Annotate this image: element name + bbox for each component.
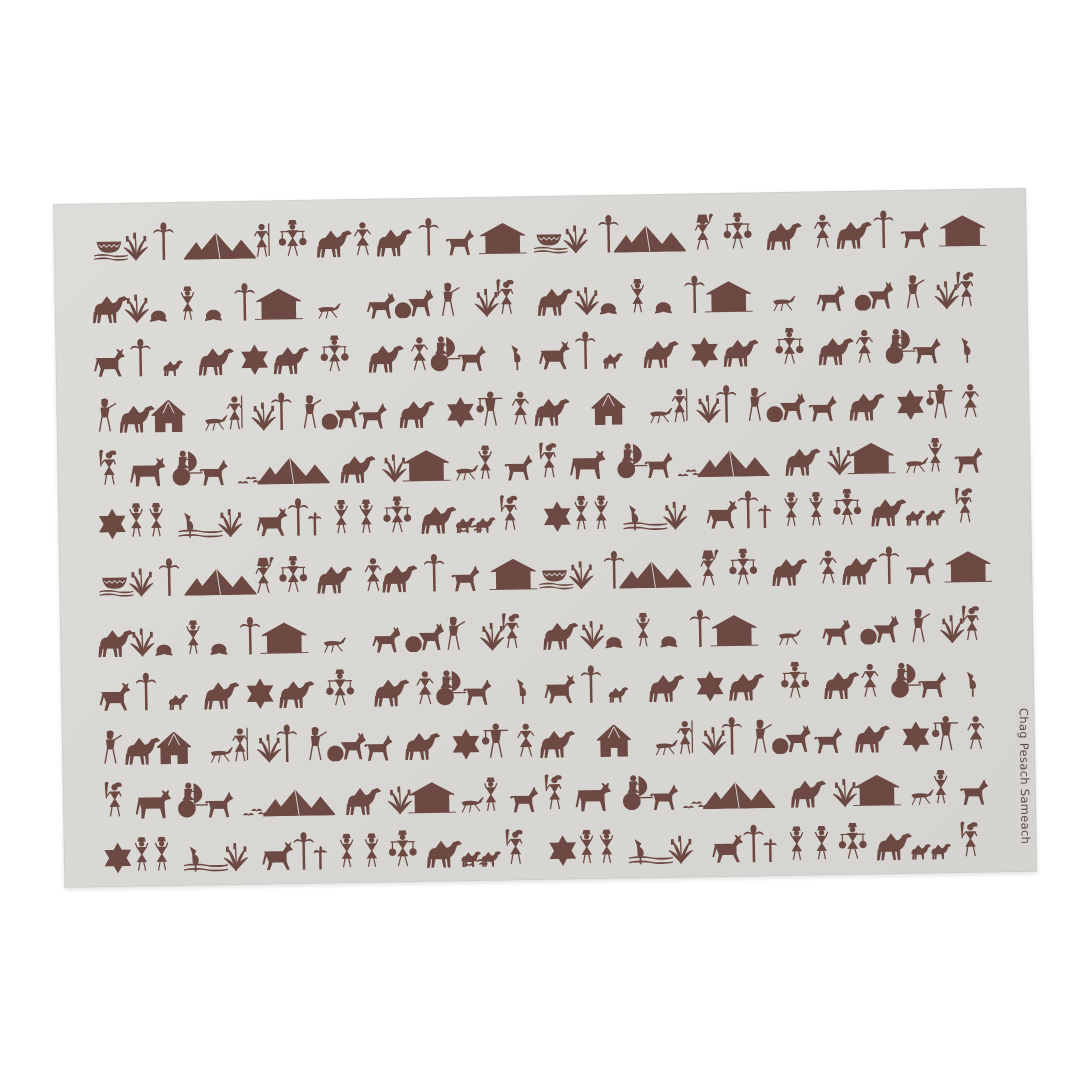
camel-icon bbox=[868, 496, 906, 527]
antelope-icon bbox=[96, 683, 130, 712]
pyramids-icon bbox=[613, 222, 685, 253]
antelope-icon bbox=[253, 508, 287, 537]
water-carrier-icon bbox=[326, 669, 355, 707]
camel-icon bbox=[201, 679, 239, 710]
woman-pot-icon bbox=[788, 826, 805, 862]
man-hook-icon bbox=[953, 487, 974, 525]
frog-icon bbox=[150, 309, 167, 322]
reeds-icon bbox=[125, 294, 149, 322]
palm-icon bbox=[136, 672, 157, 710]
palm-icon bbox=[743, 824, 764, 862]
donkey-cart-icon bbox=[405, 624, 445, 653]
camel-small-icon bbox=[909, 843, 931, 860]
camel-icon bbox=[537, 727, 575, 758]
man-flute-icon bbox=[102, 729, 123, 765]
camel-icon bbox=[270, 344, 308, 375]
woman-pot-icon bbox=[808, 491, 825, 527]
water-carrier-icon bbox=[278, 220, 307, 258]
frog-icon bbox=[210, 642, 227, 655]
woman-pot-icon bbox=[573, 495, 590, 531]
woman-pot-icon bbox=[783, 492, 800, 528]
camel-icon bbox=[720, 336, 758, 367]
woman-pot-icon bbox=[363, 833, 380, 869]
palm-icon bbox=[293, 832, 314, 870]
antelope-icon bbox=[259, 842, 293, 871]
camel-icon bbox=[373, 226, 411, 257]
porter-icon bbox=[932, 715, 961, 751]
passover-card: Chag Pesach Sameach bbox=[53, 188, 1037, 888]
woman-pot-icon bbox=[483, 777, 500, 813]
man-hook-icon bbox=[503, 828, 524, 866]
goat-icon bbox=[455, 346, 485, 371]
woman-pot-icon bbox=[477, 445, 494, 481]
pyramids-icon bbox=[183, 229, 255, 260]
reeds-icon bbox=[224, 843, 248, 871]
locust-icon bbox=[775, 630, 801, 646]
locust-icon bbox=[452, 465, 478, 481]
reeds-icon bbox=[123, 232, 147, 260]
reeds-icon bbox=[663, 502, 687, 530]
reeds-icon bbox=[130, 628, 154, 656]
camel-icon bbox=[195, 345, 233, 376]
camel-icon bbox=[763, 220, 801, 251]
camel-icon bbox=[833, 218, 871, 249]
man-hook-icon bbox=[494, 278, 515, 316]
donkey-cart-icon bbox=[860, 616, 900, 645]
camel-icon bbox=[534, 285, 572, 316]
pharaoh-icon bbox=[254, 556, 275, 594]
palm-icon bbox=[277, 724, 298, 762]
man-hook-icon bbox=[97, 449, 118, 487]
star-icon bbox=[240, 344, 268, 374]
man-hook-icon bbox=[543, 774, 564, 812]
man-staff-icon bbox=[671, 387, 690, 423]
camel-small-icon bbox=[601, 352, 623, 369]
antelope-icon bbox=[709, 835, 743, 864]
camel-icon bbox=[365, 342, 403, 373]
camel-small-icon bbox=[923, 508, 945, 525]
palm-icon bbox=[159, 558, 180, 596]
palm-small-icon bbox=[764, 838, 777, 862]
camel-small-icon bbox=[166, 693, 188, 710]
woman-pot-icon bbox=[338, 833, 355, 869]
woman-pot-icon bbox=[598, 829, 615, 865]
frog-icon bbox=[205, 308, 222, 321]
woman-walking-icon bbox=[517, 722, 536, 758]
antelope-icon bbox=[535, 341, 569, 370]
ox-icon bbox=[133, 790, 171, 819]
man-flute-icon bbox=[904, 274, 925, 310]
man-hook-icon bbox=[537, 442, 558, 480]
goat-icon bbox=[449, 566, 479, 591]
antelope-icon bbox=[90, 349, 124, 378]
palm-icon bbox=[873, 210, 894, 248]
pyramids-icon bbox=[703, 778, 775, 809]
star-icon bbox=[246, 678, 274, 708]
pyramids-icon bbox=[619, 557, 691, 588]
hut-solid-icon bbox=[597, 724, 632, 757]
camel-icon bbox=[839, 554, 877, 585]
heron-icon bbox=[960, 337, 974, 363]
antelope-icon bbox=[703, 501, 737, 530]
hut-icon bbox=[853, 774, 902, 807]
locust-icon bbox=[902, 458, 928, 474]
palm-icon bbox=[738, 490, 759, 528]
woman-pot-icon bbox=[128, 503, 145, 539]
water-carrier-icon bbox=[383, 496, 412, 534]
star-icon bbox=[549, 835, 577, 865]
camel-small-icon bbox=[929, 842, 951, 859]
reeds-icon bbox=[563, 225, 587, 253]
camel-icon bbox=[396, 398, 434, 429]
woman-pot-icon bbox=[179, 286, 196, 322]
water-carrier-icon bbox=[388, 830, 417, 868]
man-hook-icon bbox=[954, 271, 975, 309]
heron-icon bbox=[516, 678, 530, 704]
camel-icon bbox=[815, 335, 853, 366]
goat-icon bbox=[952, 448, 982, 473]
camel-icon bbox=[852, 722, 890, 753]
locust-icon bbox=[652, 740, 678, 756]
water-icon bbox=[178, 528, 222, 538]
pharaoh-icon bbox=[693, 213, 714, 251]
man-flute-icon bbox=[746, 386, 767, 422]
locust-icon bbox=[320, 637, 346, 653]
goat-icon bbox=[356, 404, 386, 429]
man-staff-icon bbox=[232, 727, 251, 763]
hut-solid-icon bbox=[151, 400, 186, 433]
palm-small-icon bbox=[308, 512, 321, 536]
camel-icon bbox=[313, 227, 351, 258]
locust-icon bbox=[908, 789, 934, 805]
hut-icon bbox=[260, 622, 309, 655]
donkey-icon bbox=[820, 620, 850, 645]
birds-icon bbox=[464, 857, 488, 867]
camel-icon bbox=[846, 390, 884, 421]
pharaoh-icon bbox=[699, 549, 720, 587]
star-icon bbox=[902, 722, 930, 752]
woman-walking-icon bbox=[410, 336, 429, 372]
woman-pot-icon bbox=[333, 499, 350, 535]
star-icon bbox=[104, 843, 132, 873]
camel-icon bbox=[89, 293, 127, 324]
goat-icon bbox=[502, 455, 532, 480]
frog-icon bbox=[155, 643, 172, 656]
porter-icon bbox=[482, 722, 511, 758]
camel-icon bbox=[343, 785, 381, 816]
donkey-cart-icon bbox=[854, 282, 894, 311]
birds-icon bbox=[458, 523, 482, 533]
man-flute-icon bbox=[445, 615, 466, 651]
man-hook-icon bbox=[103, 781, 124, 819]
camel-icon bbox=[418, 503, 456, 534]
ox-icon bbox=[573, 783, 611, 812]
palm-icon bbox=[424, 554, 445, 592]
camel-icon bbox=[116, 402, 154, 433]
reeds-icon bbox=[218, 509, 242, 537]
hut-icon bbox=[489, 558, 538, 591]
woman-walking-icon bbox=[861, 662, 880, 698]
man-hook-icon bbox=[500, 612, 521, 650]
palm-icon bbox=[418, 218, 439, 256]
ox-icon bbox=[127, 458, 165, 487]
woman-walking-icon bbox=[819, 549, 838, 585]
star-icon bbox=[896, 390, 924, 420]
palm-small-icon bbox=[314, 846, 327, 870]
donkey-cart-icon bbox=[394, 290, 434, 319]
heron-icon bbox=[510, 344, 524, 370]
man-hook-icon bbox=[498, 494, 519, 532]
star-icon bbox=[543, 501, 571, 531]
woman-pot-icon bbox=[635, 612, 652, 648]
water-carrier-icon bbox=[729, 548, 758, 586]
camel-icon bbox=[371, 676, 409, 707]
pattern-row bbox=[59, 532, 1033, 598]
locust-icon bbox=[770, 296, 796, 312]
man-flute-icon bbox=[752, 718, 773, 754]
man-hook-icon bbox=[958, 821, 979, 859]
hut-icon bbox=[710, 614, 759, 647]
hut-icon bbox=[408, 781, 457, 814]
reeds-icon bbox=[580, 621, 604, 649]
goat-icon bbox=[461, 680, 491, 705]
palm-icon bbox=[240, 617, 261, 655]
locust-icon bbox=[315, 303, 341, 319]
camel-icon bbox=[424, 837, 462, 868]
camel-icon bbox=[782, 445, 820, 476]
palm-icon bbox=[271, 392, 292, 430]
man-flute-icon bbox=[307, 726, 328, 762]
water-carrier-icon bbox=[838, 823, 867, 861]
woman-pot-icon bbox=[185, 620, 202, 656]
goat-icon bbox=[910, 338, 940, 363]
camel-icon bbox=[540, 619, 578, 650]
frog-icon bbox=[655, 301, 672, 314]
pyramids-icon bbox=[697, 446, 769, 477]
locust-icon bbox=[458, 797, 484, 813]
greeting-text: Chag Pesach Sameach bbox=[1016, 708, 1032, 844]
palm-icon bbox=[288, 498, 309, 536]
locust-icon bbox=[207, 747, 233, 763]
goat-icon bbox=[203, 792, 233, 817]
woman-walking-icon bbox=[961, 383, 980, 419]
star-icon bbox=[696, 671, 724, 701]
man-flute-icon bbox=[439, 281, 460, 317]
woman-pot-icon bbox=[932, 769, 949, 805]
camel-small-icon bbox=[903, 509, 925, 526]
camel-icon bbox=[402, 730, 440, 761]
camel-icon bbox=[873, 830, 911, 861]
antelope-icon bbox=[541, 675, 575, 704]
palm-icon bbox=[575, 331, 596, 369]
warli-pattern bbox=[53, 188, 1026, 204]
water-icon bbox=[629, 855, 673, 865]
palm-icon bbox=[684, 275, 705, 313]
camel-icon bbox=[821, 669, 859, 700]
hut-icon bbox=[478, 222, 527, 255]
star-icon bbox=[446, 397, 474, 427]
frog-icon bbox=[605, 636, 622, 649]
palm-icon bbox=[153, 222, 174, 260]
palm-icon bbox=[130, 338, 151, 376]
man-flute-icon bbox=[910, 608, 931, 644]
man-staff-icon bbox=[677, 719, 696, 755]
water-carrier-icon bbox=[775, 328, 804, 366]
donkey-cart-icon bbox=[766, 394, 806, 423]
camel-icon bbox=[337, 453, 375, 484]
porter-icon bbox=[476, 391, 505, 427]
man-flute-icon bbox=[96, 397, 117, 433]
water-icon bbox=[184, 862, 228, 872]
camel-icon bbox=[379, 562, 417, 593]
hut-solid-icon bbox=[157, 732, 192, 765]
goat-icon bbox=[812, 728, 842, 753]
woman-pot-icon bbox=[578, 829, 595, 865]
goat-icon bbox=[898, 222, 928, 247]
goat-icon bbox=[197, 460, 227, 485]
woman-pot-icon bbox=[813, 825, 830, 861]
camel-small-icon bbox=[606, 686, 628, 703]
woman-pot-icon bbox=[358, 499, 375, 535]
pyramids-icon bbox=[184, 565, 256, 596]
hut-icon bbox=[944, 550, 993, 583]
camel-icon bbox=[769, 556, 807, 587]
camel-icon bbox=[646, 672, 684, 703]
pattern-row bbox=[55, 312, 1029, 378]
camel-icon bbox=[531, 395, 569, 426]
camel-icon bbox=[314, 563, 352, 594]
goat-icon bbox=[362, 735, 392, 760]
woman-pot-icon bbox=[153, 836, 170, 872]
water-carrier-icon bbox=[833, 489, 862, 527]
man-hook-icon bbox=[960, 605, 981, 643]
frog-icon bbox=[600, 302, 617, 315]
goat-icon bbox=[916, 672, 946, 697]
pattern-row bbox=[53, 196, 1027, 262]
star-icon bbox=[452, 729, 480, 759]
palm-icon bbox=[879, 546, 900, 584]
locust-icon bbox=[646, 408, 672, 424]
woman-walking-icon bbox=[813, 213, 832, 249]
goat-icon bbox=[904, 558, 934, 583]
water-carrier-icon bbox=[279, 556, 308, 594]
water-icon bbox=[623, 521, 667, 531]
hut-icon bbox=[704, 280, 753, 313]
pyramids-icon bbox=[263, 785, 335, 816]
hut-icon bbox=[847, 442, 896, 475]
reeds-icon bbox=[129, 568, 153, 596]
water-carrier-icon bbox=[723, 212, 752, 250]
pattern-row bbox=[63, 808, 1037, 874]
goat-icon bbox=[806, 396, 836, 421]
goat-icon bbox=[648, 785, 678, 810]
hut-icon bbox=[254, 288, 303, 321]
reeds-icon bbox=[669, 835, 693, 863]
water-carrier-icon bbox=[320, 335, 349, 373]
man-staff-icon bbox=[253, 222, 272, 258]
camel-icon bbox=[276, 678, 314, 709]
camel-icon bbox=[726, 670, 764, 701]
reeds-icon bbox=[569, 561, 593, 589]
goat-icon bbox=[443, 230, 473, 255]
woman-walking-icon bbox=[353, 221, 372, 257]
woman-walking-icon bbox=[855, 328, 874, 364]
palm-icon bbox=[716, 385, 737, 423]
reeds-icon bbox=[574, 287, 598, 315]
camel-icon bbox=[640, 338, 678, 369]
palm-icon bbox=[722, 717, 743, 755]
pyramids-icon bbox=[257, 453, 329, 484]
camel-icon bbox=[788, 777, 826, 808]
palm-small-icon bbox=[758, 504, 771, 528]
palm-icon bbox=[690, 609, 711, 647]
heron-icon bbox=[966, 671, 980, 697]
goat-icon bbox=[508, 787, 538, 812]
donkey-cart-icon bbox=[772, 725, 812, 754]
woman-pot-icon bbox=[927, 437, 944, 473]
hut-icon bbox=[402, 449, 451, 482]
goat-icon bbox=[642, 453, 672, 478]
woman-walking-icon bbox=[967, 715, 986, 751]
star-icon bbox=[98, 509, 126, 539]
woman-pot-icon bbox=[134, 836, 151, 872]
donkey-icon bbox=[814, 286, 844, 311]
woman-pot-icon bbox=[148, 502, 165, 538]
frog-icon bbox=[660, 635, 677, 648]
woman-walking-icon bbox=[416, 670, 435, 706]
goat-icon bbox=[958, 780, 988, 805]
camel-icon bbox=[122, 734, 160, 765]
locust-icon bbox=[202, 415, 228, 431]
porter-icon bbox=[926, 383, 955, 419]
donkey-icon bbox=[370, 627, 400, 652]
woman-walking-icon bbox=[511, 390, 530, 426]
palm-icon bbox=[234, 283, 255, 321]
man-staff-icon bbox=[226, 395, 245, 431]
star-icon bbox=[690, 337, 718, 367]
woman-pot-icon bbox=[629, 278, 646, 314]
water-carrier-icon bbox=[781, 662, 810, 700]
hut-solid-icon bbox=[591, 393, 626, 426]
hut-icon bbox=[938, 215, 987, 248]
ox-icon bbox=[567, 451, 605, 480]
palm-icon bbox=[581, 665, 602, 703]
camel-small-icon bbox=[161, 359, 183, 376]
camel-icon bbox=[95, 627, 133, 658]
donkey-icon bbox=[365, 293, 395, 318]
woman-pot-icon bbox=[593, 495, 610, 531]
man-flute-icon bbox=[301, 394, 322, 430]
